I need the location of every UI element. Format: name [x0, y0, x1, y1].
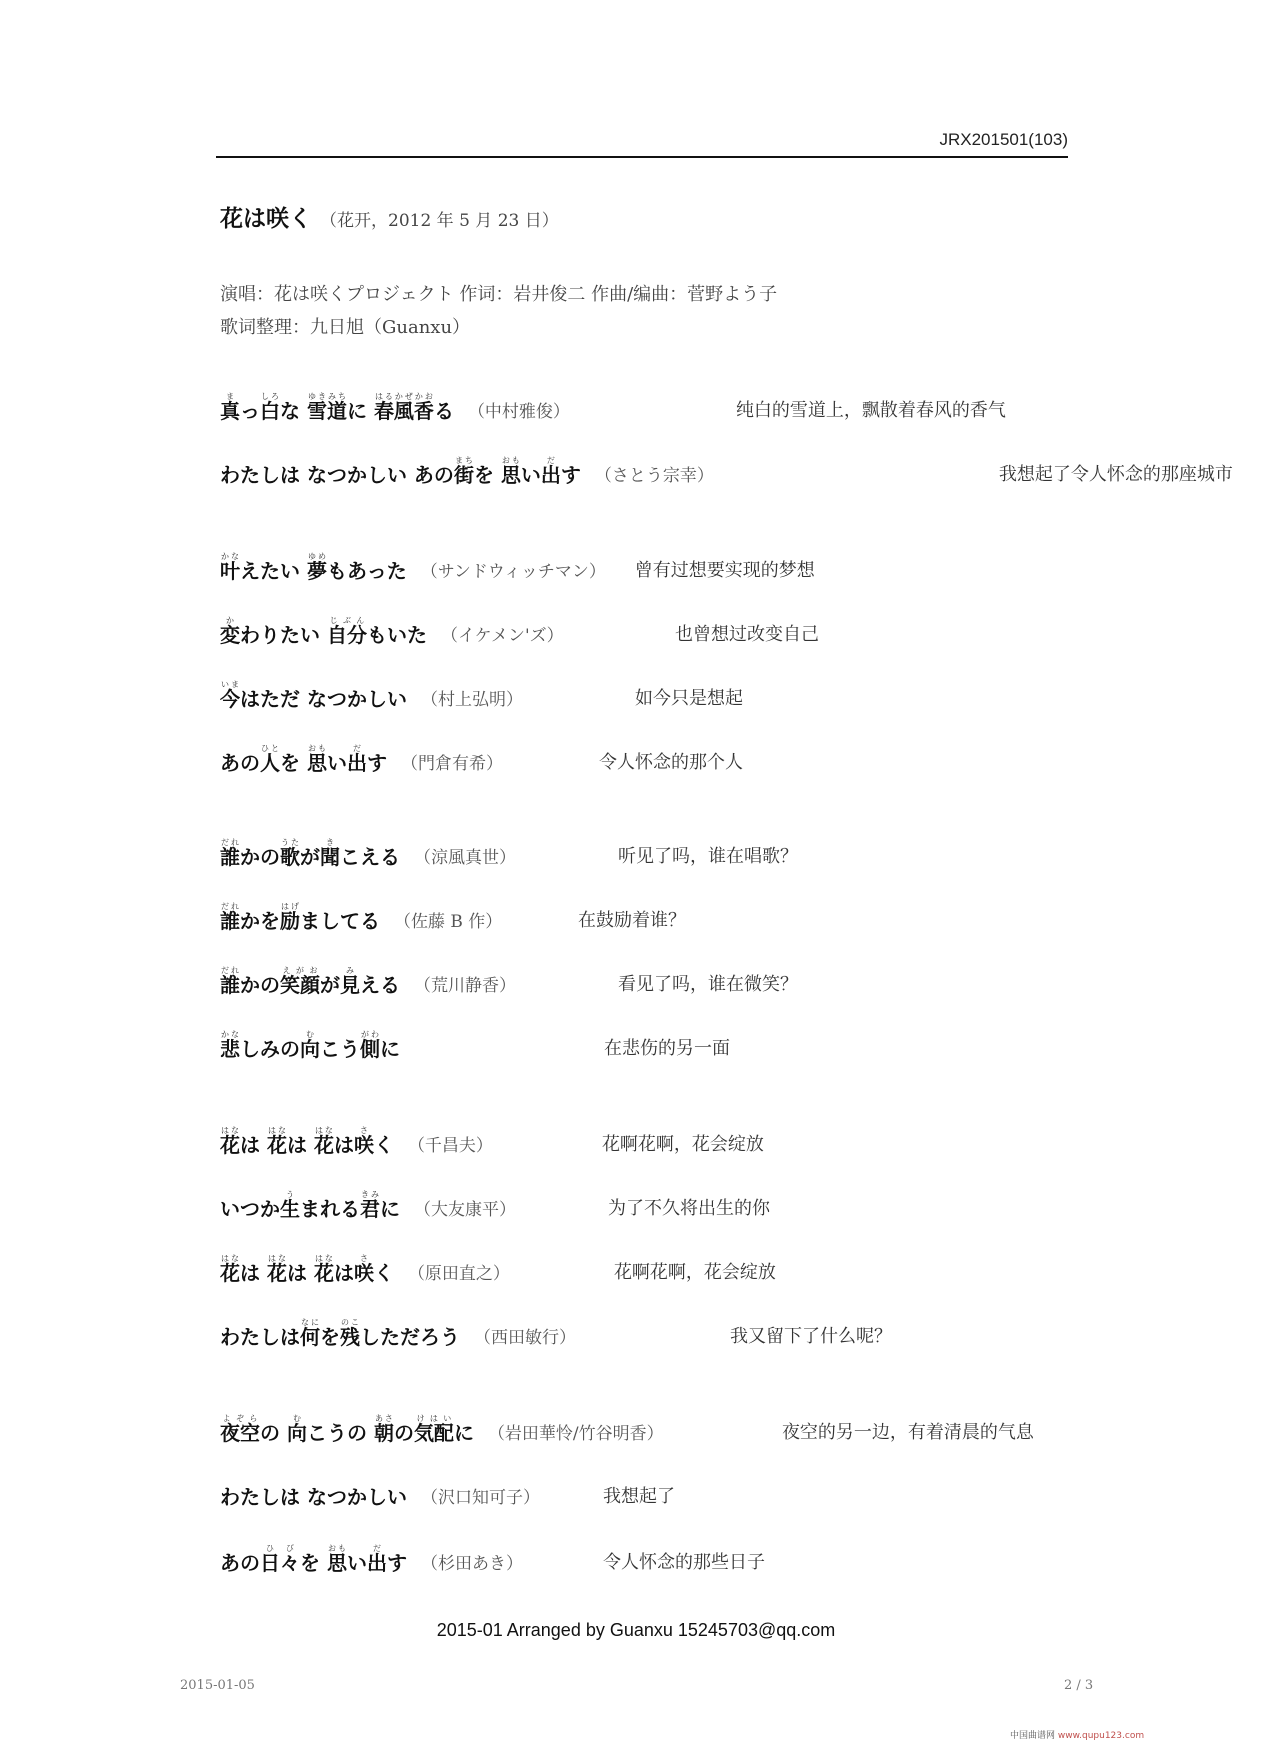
lyric-singer: （岩田華怜/竹谷明香） [488, 1419, 664, 1444]
lyric-singer: （さとう宗幸） [595, 461, 714, 486]
footer-date: 2015-01-05 [180, 1678, 255, 1693]
furigana: まち [454, 456, 474, 465]
furigana: だ [541, 456, 561, 465]
furigana: はな [267, 1126, 287, 1135]
lyric-chinese-translation: 令人怀念的那个人 [599, 748, 743, 774]
furigana: う [280, 1190, 300, 1199]
lyric-chinese-translation: 在悲伤的另一面 [604, 1034, 730, 1060]
furigana: じぶん [327, 616, 367, 625]
song-title-subtitle: （花开，2012 年 5 月 23 日） [320, 211, 559, 231]
lyric-singer: （門倉有希） [401, 749, 503, 774]
furigana: さ [354, 1254, 374, 1263]
lyric-japanese: 真まっ白しろな 雪道ゆきみちに 春風香はるかぜかおる [220, 392, 454, 424]
lyric-line: 誰だれかの笑顔えがおが見みえる（荒川静香）看见了吗，谁在微笑？ [220, 950, 1120, 998]
lyric-line: いつか生うまれる君きみに（大友康平）为了不久将出生的你 [220, 1174, 1120, 1222]
furigana: はな [220, 1126, 240, 1135]
lyric-singer: （涼風真世） [414, 843, 516, 868]
lyric-chinese-translation: 我想起了令人怀念的那座城市 [999, 460, 1233, 486]
furigana: か [220, 616, 240, 625]
credits-performers: 演唱：花は咲くプロジェクト 作词：岩井俊二 作曲/编曲：菅野よう子 [220, 278, 777, 311]
furigana: きみ [360, 1190, 380, 1199]
lyric-japanese: 変かわりたい 自分じぶんもいた [220, 616, 427, 648]
furigana: だ [347, 744, 367, 753]
furigana: おも [327, 1544, 347, 1553]
furigana: なに [300, 1318, 320, 1327]
furigana: き [320, 838, 340, 847]
lyric-japanese: 誰だれかの歌うたが聞きこえる [220, 838, 400, 870]
furigana: さ [354, 1126, 374, 1135]
furigana: かな [220, 1030, 240, 1039]
lyric-line: 悲かなしみの向むこう側がわに在悲伤的另一面 [220, 1014, 1120, 1062]
lyric-chinese-translation: 花啊花啊，花会绽放 [602, 1130, 764, 1156]
furigana: だれ [220, 966, 240, 975]
document-code: JRX201501(103) [939, 130, 1068, 150]
furigana: けはい [414, 1414, 454, 1423]
lyric-chinese-translation: 听见了吗，谁在唱歌？ [618, 842, 798, 868]
furigana: む [287, 1414, 307, 1423]
furigana: あさ [374, 1414, 394, 1423]
lyric-line: あの日々ひびを 思おもい出だす（杉田あき）令人怀念的那些日子 [220, 1528, 1120, 1576]
lyric-line: わたしは なつかしい あの街まちを 思おもい出だす（さとう宗幸）我想起了令人怀念… [220, 440, 1120, 488]
lyric-chinese-translation: 也曾想过改变自己 [675, 620, 819, 646]
lyric-line: 叶かなえたい 夢ゆめもあった（サンドウィッチマン）曾有过想要实现的梦想 [220, 536, 1120, 584]
lyric-singer: （村上弘明） [421, 685, 523, 710]
lyric-singer: （荒川静香） [414, 971, 516, 996]
credits-block: 演唱：花は咲くプロジェクト 作词：岩井俊二 作曲/编曲：菅野よう子 歌词整理：九… [220, 278, 777, 344]
furigana: うた [280, 838, 300, 847]
furigana: のこ [340, 1318, 360, 1327]
furigana: えがお [280, 966, 320, 975]
lyric-line: 真まっ白しろな 雪道ゆきみちに 春風香はるかぜかおる（中村雅俊）纯白的雪道上，飘… [220, 376, 1120, 424]
watermark-site-name: 中国曲谱网 [1010, 1731, 1058, 1741]
lyric-chinese-translation: 花啊花啊，花会绽放 [614, 1258, 776, 1284]
lyric-japanese: 悲かなしみの向むこう側がわに [220, 1030, 400, 1062]
furigana: ひび [260, 1544, 300, 1553]
lyric-japanese: 誰だれかの笑顔えがおが見みえる [220, 966, 400, 998]
furigana: ゆきみち [307, 392, 347, 401]
lyric-japanese: あの人ひとを 思おもい出だす [220, 744, 387, 776]
song-title: 花は咲く（花开，2012 年 5 月 23 日） [220, 200, 559, 233]
lyric-line: わたしは何なにを残のこしただろう（西田敏行）我又留下了什么呢？ [220, 1302, 1120, 1350]
lyric-japanese: 花はなは 花はなは 花はなは咲さく [220, 1126, 394, 1158]
lyric-chinese-translation: 我又留下了什么呢？ [730, 1322, 892, 1348]
lyric-chinese-translation: 纯白的雪道上，飘散着春风的香气 [736, 396, 1006, 422]
furigana: ひと [260, 744, 280, 753]
furigana: はな [314, 1126, 334, 1135]
lyric-line: 夜空よぞらの 向むこうの 朝あさの気配けはいに（岩田華怜/竹谷明香）夜空的另一边… [220, 1398, 1120, 1446]
lyric-singer: （沢口知可子） [421, 1483, 540, 1508]
lyric-line: わたしは なつかしい（沢口知可子）我想起了 [220, 1462, 1120, 1510]
lyric-japanese: わたしは なつかしい あの街まちを 思おもい出だす [220, 456, 581, 488]
lyric-japanese: 花はなは 花はなは 花はなは咲さく [220, 1254, 394, 1286]
furigana: はな [314, 1254, 334, 1263]
lyric-japanese: わたしは何なにを残のこしただろう [220, 1318, 460, 1350]
lyric-chinese-translation: 我想起了 [603, 1482, 675, 1508]
furigana: はな [267, 1254, 287, 1263]
lyric-chinese-translation: 如今只是想起 [635, 684, 743, 710]
furigana: いま [220, 680, 240, 689]
lyric-singer: （千昌夫） [408, 1131, 493, 1156]
furigana: だ [367, 1544, 387, 1553]
furigana: ま [220, 392, 240, 401]
furigana: しろ [260, 392, 280, 401]
lyric-line: 誰だれかを励はげましてる（佐藤 B 作）在鼓励着谁？ [220, 886, 1120, 934]
lyric-singer: （イケメン'ズ） [441, 621, 564, 646]
furigana: よぞら [220, 1414, 260, 1423]
page-number: 2 / 3 [1064, 1678, 1093, 1693]
furigana: はるかぜかお [374, 392, 434, 401]
furigana: おも [501, 456, 521, 465]
watermark: 中国曲谱网 www.qupu123.com [1010, 1728, 1144, 1741]
lyric-singer: （西田敏行） [474, 1323, 576, 1348]
furigana: ゆめ [307, 552, 327, 561]
lyric-chinese-translation: 看见了吗，谁在微笑？ [618, 970, 798, 996]
lyric-japanese: あの日々ひびを 思おもい出だす [220, 1544, 407, 1576]
lyric-singer: （サンドウィッチマン） [421, 557, 606, 582]
lyric-line: 変かわりたい 自分じぶんもいた（イケメン'ズ）也曾想过改变自己 [220, 600, 1120, 648]
song-title-main: 花は咲く [220, 206, 312, 232]
footer-credit: 2015-01 Arranged by Guanxu 15245703@qq.c… [0, 1620, 1272, 1641]
lyric-line: 誰だれかの歌うたが聞きこえる（涼風真世）听见了吗，谁在唱歌？ [220, 822, 1120, 870]
furigana: み [340, 966, 360, 975]
furigana: おも [307, 744, 327, 753]
watermark-url: www.qupu123.com [1058, 1731, 1144, 1741]
lyric-singer: （原田直之） [408, 1259, 510, 1284]
lyric-japanese: わたしは なつかしい [220, 1481, 407, 1510]
lyric-line: 今いまはただ なつかしい（村上弘明）如今只是想起 [220, 664, 1120, 712]
lyric-line: あの人ひとを 思おもい出だす（門倉有希）令人怀念的那个人 [220, 728, 1120, 776]
lyric-singer: （杉田あき） [421, 1549, 523, 1574]
furigana: だれ [220, 902, 240, 911]
lyric-chinese-translation: 夜空的另一边，有着清晨的气息 [782, 1418, 1034, 1444]
furigana: はげ [280, 902, 300, 911]
header-rule [216, 156, 1068, 158]
lyric-chinese-translation: 令人怀念的那些日子 [603, 1548, 765, 1574]
furigana: だれ [220, 838, 240, 847]
lyric-japanese: いつか生うまれる君きみに [220, 1190, 400, 1222]
furigana: かな [220, 552, 240, 561]
lyric-singer: （中村雅俊） [468, 397, 570, 422]
lyric-singer: （大友康平） [414, 1195, 516, 1220]
lyric-line: 花はなは 花はなは 花はなは咲さく（原田直之）花啊花啊，花会绽放 [220, 1238, 1120, 1286]
lyric-japanese: 叶かなえたい 夢ゆめもあった [220, 552, 407, 584]
lyric-japanese: 夜空よぞらの 向むこうの 朝あさの気配けはいに [220, 1414, 474, 1446]
credits-arranger: 歌词整理：九日旭（Guanxu） [220, 311, 777, 344]
lyric-japanese: 今いまはただ なつかしい [220, 680, 407, 712]
furigana: む [300, 1030, 320, 1039]
lyric-chinese-translation: 为了不久将出生的你 [608, 1194, 770, 1220]
lyric-line: 花はなは 花はなは 花はなは咲さく（千昌夫）花啊花啊，花会绽放 [220, 1110, 1120, 1158]
lyric-japanese: 誰だれかを励はげましてる [220, 902, 380, 934]
furigana: はな [220, 1254, 240, 1263]
furigana: がわ [360, 1030, 380, 1039]
lyric-chinese-translation: 曾有过想要实现的梦想 [635, 556, 815, 582]
lyric-chinese-translation: 在鼓励着谁？ [578, 906, 686, 932]
lyric-singer: （佐藤 B 作） [394, 907, 502, 932]
